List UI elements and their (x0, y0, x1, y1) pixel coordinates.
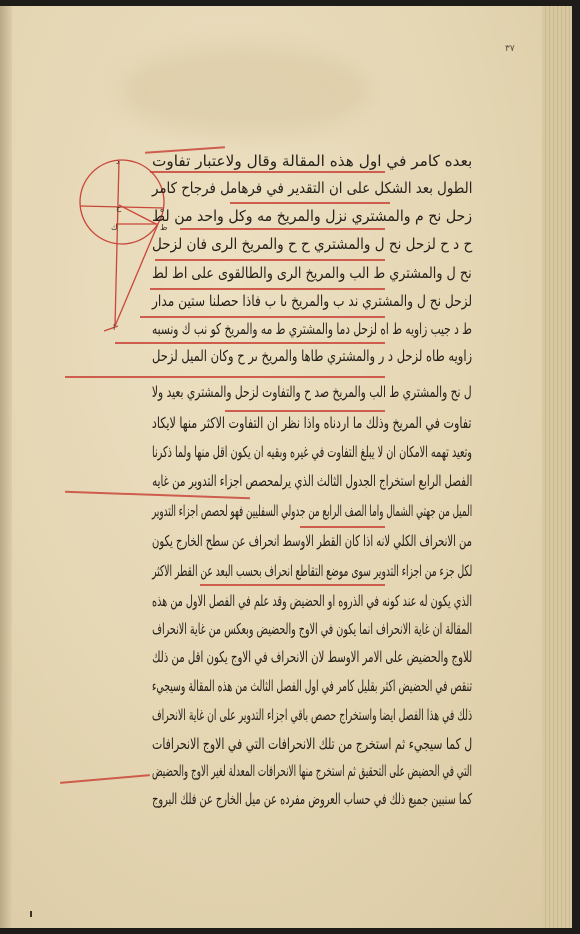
text-line: بعده كامر في اول هذه المقالة وقال ولاعتب… (152, 152, 472, 170)
text-line: الفصل الرابع استخراج الجدول الثالث الذي … (152, 472, 472, 490)
text-line: للاوج والحضيض على الامر الاوسط لان الانح… (152, 648, 472, 666)
ink-mark (30, 911, 32, 917)
rubric-rule (230, 202, 390, 204)
text-line: تفاوت في المريخ وذلك ما اردناه واذا نظر … (152, 414, 472, 432)
text-line: كما سنبين جميع ذلك في حساب العروض مفرده … (152, 790, 472, 808)
text-line: من الانحراف الكلي لانه اذا كان القطر الا… (152, 532, 472, 550)
text-line: ل نح والمشتري ط الب والمريخ صد ح والتفاو… (152, 383, 472, 401)
rubric-rule (225, 410, 385, 412)
rubric-rule (65, 376, 385, 378)
text-line: نح ل والمشتري ط الب والمريخ الرى والطالق… (152, 264, 472, 282)
rubric-rule (155, 259, 385, 261)
text-line: الميل من جهتي الشمال واما الصف الرابع من… (152, 502, 472, 520)
rubric-rule (300, 526, 385, 528)
text-line: لكل جزء من اجزاء التدوير سوى موضع التقاط… (152, 562, 472, 580)
svg-text:د: د (116, 157, 120, 166)
text-line: لزحل نح ل والمشتري ند ب والمريخ ىا ب فاذ… (152, 292, 472, 310)
text-line: ح د ح لزحل نح ل والمشتري ح ح والمريخ الر… (152, 235, 472, 253)
svg-text:ك: ك (111, 223, 118, 232)
text-line: المقالة ان غاية الانحراف انما يكون في ال… (152, 620, 472, 638)
text-line: تنقص في الحضيض اكثر بقليل كامر في اول ال… (152, 677, 472, 695)
svg-text:ا: ا (113, 323, 115, 332)
rubric-rule (150, 171, 385, 173)
text-line: الطول بعد الشكل على ان التقدير في فرهامل… (152, 179, 472, 197)
text-line: ذلك في هذا الفصل ايضا واستخراج حصص باقي … (152, 706, 472, 724)
rubric-rule (200, 584, 385, 586)
text-line: التي في الحضيض على التحقيق ثم استخرج منه… (152, 762, 472, 780)
text-line: ل كما سيجيء ثم استخرج من تلك الانحرافات … (152, 735, 472, 753)
manuscript-page: ٣٧ د ح ه ط ك ا بعده كامر في اول هذه (0, 6, 572, 928)
rubric-rule (150, 288, 385, 290)
rubric-rule (180, 228, 385, 230)
text-line: الذي يكون له عند كونه في الذروه او الحضي… (152, 592, 472, 610)
text-line: ط د جيب زاويه ط اه لزحل دما والمشتري ط م… (152, 320, 472, 338)
text-line: وتعيد تهمه الامكان ان لا يبلغ التفاوت في… (152, 443, 472, 461)
rubric-rule (140, 316, 385, 318)
text-line: زحل نح م والمشتري نزل والمريخ مه وكل واح… (152, 207, 472, 225)
text-line: زاويه طاه لزحل د ر والمشتري طاها والمريخ… (152, 347, 472, 365)
svg-text:ح: ح (116, 203, 122, 212)
rubric-rule (115, 342, 385, 344)
